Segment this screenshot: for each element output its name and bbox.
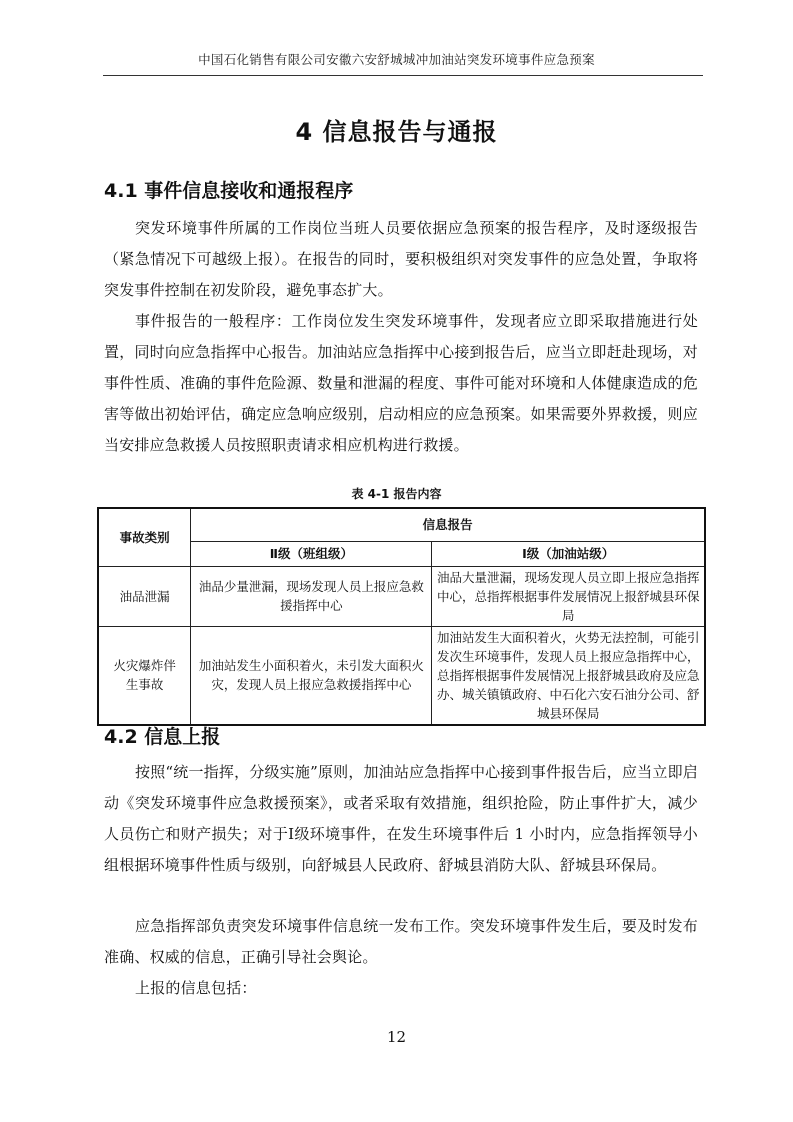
header-level1: Ⅰ级（加油站级）: [432, 541, 705, 566]
cell-level1: 油品大量泄漏，现场发现人员立即上报应急指挥中心，总指挥根据事件发展情况上报舒城县…: [432, 566, 705, 626]
page-number: 12: [0, 1028, 793, 1046]
cell-level2: 油品少量泄漏，现场发现人员上报应急救援指挥中心: [191, 566, 432, 626]
paragraph: 事件报告的一般程序：工作岗位发生突发环境事件，发现者应立即采取措施进行处置，同时…: [104, 306, 698, 461]
header-rule: [103, 75, 703, 76]
chapter-title: 4 信息报告与通报: [0, 112, 793, 147]
table-row: 火灾爆炸伴生事故 加油站发生小面积着火，未引发大面积火灾，发现人员上报应急救援指…: [98, 626, 705, 725]
header-level2: Ⅱ级（班组级）: [191, 541, 432, 566]
cell-level1: 加油站发生大面积着火，火势无法控制，可能引发次生环境事件，发现人员上报应急指挥中…: [432, 626, 705, 725]
table-caption: 表 4-1 报告内容: [0, 485, 793, 502]
paragraph: 按照“统一指挥，分级实施”原则，加油站应急指挥中心接到事件报告后，应当立即启动《…: [104, 757, 698, 881]
paragraph: 应急指挥部负责突发环境事件信息统一发布工作。突发环境事件发生后，要及时发布准确、…: [104, 911, 698, 973]
cell-level2: 加油站发生小面积着火，未引发大面积火灾，发现人员上报应急救援指挥中心: [191, 626, 432, 725]
table-row: 油品泄漏 油品少量泄漏，现场发现人员上报应急救援指挥中心 油品大量泄漏，现场发现…: [98, 566, 705, 626]
section-title-4-1: 4.1 事件信息接收和通报程序: [104, 176, 353, 203]
header-category: 事故类别: [98, 508, 191, 566]
running-header: 中国石化销售有限公司安徽六安舒城城冲加油站突发环境事件应急预案: [0, 50, 793, 68]
cell-category: 火灾爆炸伴生事故: [98, 626, 191, 725]
cell-category: 油品泄漏: [98, 566, 191, 626]
section-title-4-2: 4.2 信息上报: [104, 722, 220, 749]
report-content-table: 事故类别 信息报告 Ⅱ级（班组级） Ⅰ级（加油站级） 油品泄漏 油品少量泄漏，现…: [97, 507, 706, 726]
paragraph: 上报的信息包括：: [104, 973, 698, 1004]
header-info-report: 信息报告: [191, 508, 705, 541]
paragraph: 突发环境事件所属的工作岗位当班人员要依据应急预案的报告程序，及时逐级报告（紧急情…: [104, 213, 698, 306]
